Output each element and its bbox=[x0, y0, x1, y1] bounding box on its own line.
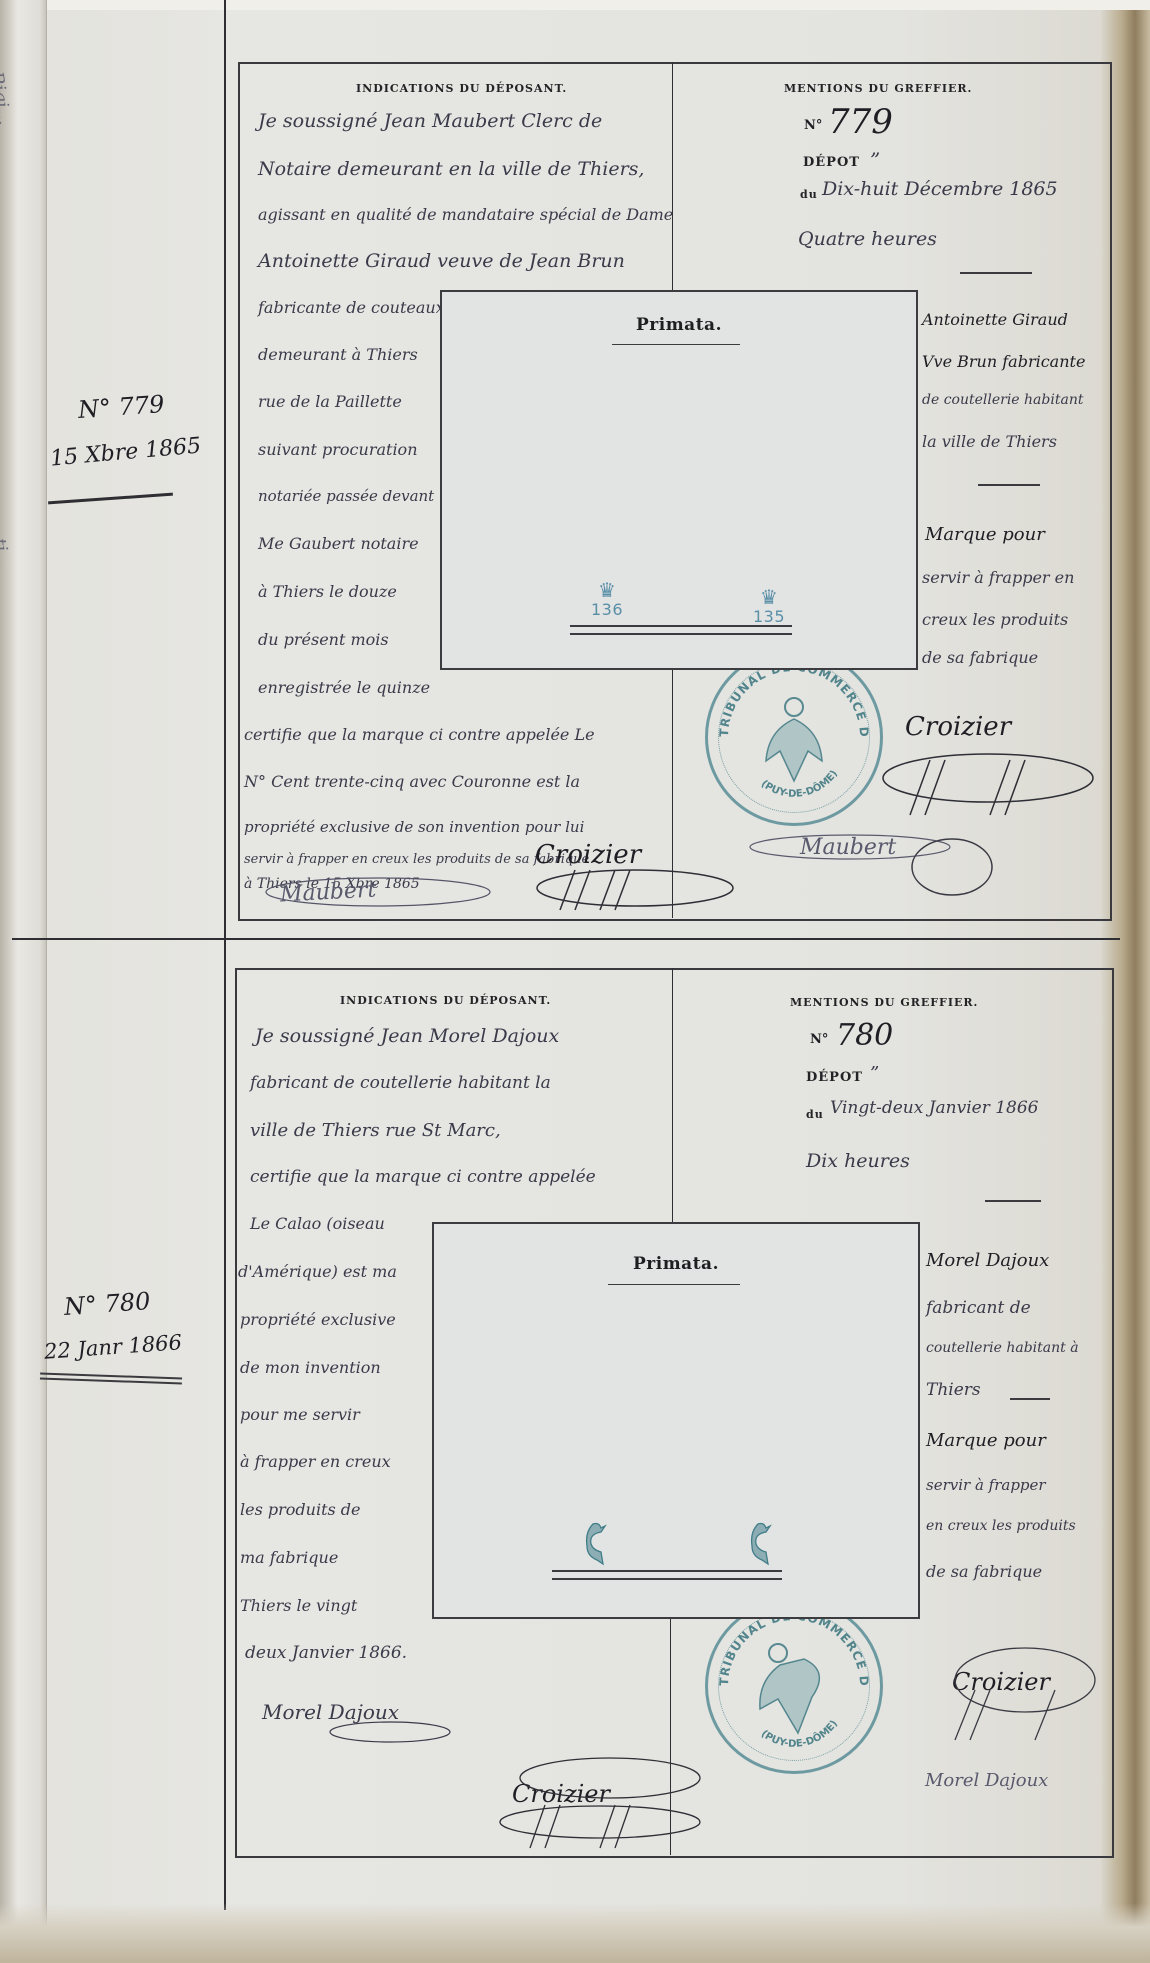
title-underline bbox=[612, 344, 740, 345]
depot-time: Quatre heures bbox=[798, 228, 937, 250]
baseline-rule bbox=[570, 625, 792, 635]
purpose-line: Marque pour bbox=[925, 524, 1045, 545]
deposant-line: deux Janvier 1866. bbox=[245, 1643, 407, 1663]
deposant-line: pour me servir bbox=[240, 1405, 360, 1424]
calao-bird-icon bbox=[579, 1520, 609, 1568]
purpose-line: de sa fabrique bbox=[922, 648, 1038, 667]
signature-flourish bbox=[870, 730, 1100, 820]
page-top-edge bbox=[0, 0, 1150, 10]
calao-bird-icon bbox=[744, 1520, 774, 1568]
margin-rule bbox=[224, 0, 226, 1910]
depot-time: Dix heures bbox=[806, 1150, 910, 1172]
mark-label: 136 bbox=[582, 600, 632, 619]
purpose-line: servir à frapper bbox=[926, 1476, 1046, 1494]
partial-note: ...ti... bbox=[0, 520, 14, 570]
deposant-line: de mon invention bbox=[240, 1358, 381, 1377]
depot-date: Vingt-deux Janvier 1866 bbox=[830, 1098, 1039, 1118]
deposant-line: d'Amérique) est ma bbox=[238, 1262, 397, 1281]
deposant-line: suivant procuration bbox=[258, 440, 418, 459]
court-seal: TRIBUNAL DE COMMERCE DE THIERS (PUY-DE-D… bbox=[705, 648, 883, 826]
trademark-specimen-box: Primata. ♛ 136 ♛ 135 bbox=[440, 290, 918, 670]
deposant-line: agissant en qualité de mandataire spécia… bbox=[258, 205, 673, 224]
title-underline bbox=[608, 1284, 740, 1285]
mark-label: 135 bbox=[744, 607, 794, 626]
deposant-line: propriété exclusive de son invention pou… bbox=[244, 818, 584, 836]
greffier-number-label: N° bbox=[804, 118, 822, 133]
greffier-header: MENTIONS DU GREFFIER. bbox=[790, 996, 978, 1009]
trademark-specimen-box: Primata. bbox=[432, 1222, 920, 1619]
holder-line: Thiers bbox=[926, 1380, 981, 1400]
deposant-header: INDICATIONS DU DÉPOSANT. bbox=[356, 82, 567, 95]
crown-icon: ♛ bbox=[582, 580, 632, 600]
svg-text:(PUY-DE-DÔME): (PUY-DE-DÔME) bbox=[759, 768, 840, 799]
greffier-rule bbox=[985, 1200, 1041, 1202]
purpose-line: creux les produits bbox=[922, 610, 1068, 629]
deposant-line: Je soussigné Jean Morel Dajoux bbox=[255, 1025, 559, 1047]
margin-underline bbox=[48, 493, 173, 505]
eagle-crown-icon: TRIBUNAL DE COMMERCE DE THIERS (PUY-DE-D… bbox=[708, 651, 880, 823]
trademark-mark: ♛ 135 bbox=[744, 587, 794, 626]
depot-mark: ” bbox=[870, 148, 880, 172]
greffier-rule bbox=[1010, 1398, 1050, 1400]
partial-note: Rigi... bbox=[0, 70, 15, 127]
date-prefix: du bbox=[806, 1108, 824, 1121]
signature-flourish bbox=[320, 1712, 460, 1752]
register-page: Rigi... ...ti... N° 779 15 Xbre 1865 IND… bbox=[0, 0, 1150, 1963]
signature-flourish bbox=[258, 872, 498, 912]
signature-flourish bbox=[925, 1640, 1105, 1750]
purpose-line: Marque pour bbox=[926, 1430, 1046, 1451]
purpose-line: en creux les produits bbox=[926, 1518, 1076, 1534]
column-divider bbox=[672, 968, 673, 1222]
holder-line: coutellerie habitant à bbox=[926, 1340, 1079, 1356]
deposant-line: enregistrée le quinze bbox=[258, 678, 430, 697]
margin-number: N° 779 bbox=[77, 390, 165, 424]
signature-flourish bbox=[490, 1750, 720, 1850]
deposant-line: notariée passée devant bbox=[258, 487, 434, 505]
entry-divider bbox=[12, 938, 1120, 940]
greffier-rule bbox=[978, 484, 1040, 486]
greffier-signature: Morel Dajoux bbox=[925, 1770, 1048, 1791]
deposant-header: INDICATIONS DU DÉPOSANT. bbox=[340, 994, 551, 1007]
deposant-line: Me Gaubert notaire bbox=[258, 534, 419, 553]
deposant-line: Thiers le vingt bbox=[240, 1596, 357, 1615]
depot-mark: ” bbox=[870, 1063, 879, 1084]
margin-underline bbox=[40, 1373, 182, 1385]
holder-line: Vve Brun fabricante bbox=[922, 352, 1085, 371]
deposant-line: certifie que la marque ci contre appelée… bbox=[244, 725, 595, 744]
greffier-number-label: N° bbox=[810, 1032, 828, 1047]
primata-title: Primata. bbox=[442, 315, 916, 335]
date-prefix: du bbox=[800, 188, 818, 201]
holder-line: la ville de Thiers bbox=[922, 432, 1057, 451]
eagle-crown-icon: TRIBUNAL DE COMMERCE DE THIERS (PUY-DE-D… bbox=[708, 1601, 880, 1771]
depot-label: DÉPOT bbox=[806, 1070, 863, 1085]
deposant-line: Notaire demeurant en la ville de Thiers, bbox=[258, 158, 644, 180]
depot-date: Dix-huit Décembre 1865 bbox=[822, 178, 1058, 200]
margin-number: N° 780 bbox=[63, 1287, 151, 1321]
deposant-line: ma fabrique bbox=[240, 1548, 338, 1567]
deposant-line: Je soussigné Jean Maubert Clerc de bbox=[258, 110, 602, 132]
page-bottom-edge bbox=[0, 1903, 1150, 1963]
purpose-line: servir à frapper en bbox=[922, 568, 1074, 587]
holder-line: fabricant de bbox=[926, 1298, 1031, 1318]
deposant-line: Antoinette Giraud veuve de Jean Brun bbox=[258, 250, 625, 272]
signature-flourish bbox=[730, 825, 1010, 900]
deposant-line: demeurant à Thiers bbox=[258, 345, 418, 364]
deposant-line: à Thiers le douze bbox=[258, 582, 397, 601]
deposant-line: propriété exclusive bbox=[240, 1310, 396, 1329]
deposant-line: Le Calao (oiseau bbox=[250, 1214, 385, 1233]
deposant-line: ville de Thiers rue St Marc, bbox=[250, 1120, 501, 1141]
signature-flourish bbox=[530, 860, 740, 920]
deposant-line: du présent mois bbox=[258, 630, 389, 649]
holder-line: Antoinette Giraud bbox=[922, 310, 1068, 329]
trademark-mark: ♛ 136 bbox=[582, 580, 632, 619]
deposant-line: fabricant de coutellerie habitant la bbox=[250, 1073, 551, 1093]
margin-date: 22 Janr 1866 bbox=[43, 1330, 182, 1364]
primata-title: Primata. bbox=[434, 1254, 918, 1274]
margin-date: 15 Xbre 1865 bbox=[49, 433, 202, 471]
court-seal: TRIBUNAL DE COMMERCE DE THIERS (PUY-DE-D… bbox=[705, 1598, 883, 1774]
greffier-rule bbox=[960, 272, 1032, 274]
greffier-number: 779 bbox=[828, 102, 893, 142]
column-divider bbox=[672, 62, 673, 290]
holder-line: Morel Dajoux bbox=[926, 1250, 1049, 1271]
depot-label: DÉPOT bbox=[803, 155, 860, 170]
deposant-line: fabricante de couteaux bbox=[258, 298, 445, 317]
deposant-line: rue de la Paillette bbox=[258, 392, 402, 411]
holder-line: de coutellerie habitant bbox=[922, 392, 1083, 408]
purpose-line: de sa fabrique bbox=[926, 1562, 1042, 1581]
deposant-line: N° Cent trente-cinq avec Couronne est la bbox=[244, 772, 580, 791]
deposant-line: les produits de bbox=[240, 1500, 361, 1519]
deposant-line: certifie que la marque ci contre appelée bbox=[250, 1167, 596, 1187]
baseline-rule bbox=[552, 1570, 782, 1580]
greffier-number: 780 bbox=[836, 1018, 893, 1053]
previous-page-edge: Rigi... ...ti... bbox=[0, 0, 47, 1963]
greffier-header: MENTIONS DU GREFFIER. bbox=[784, 82, 972, 95]
crown-icon: ♛ bbox=[744, 587, 794, 607]
deposant-line: à frapper en creux bbox=[240, 1452, 391, 1471]
